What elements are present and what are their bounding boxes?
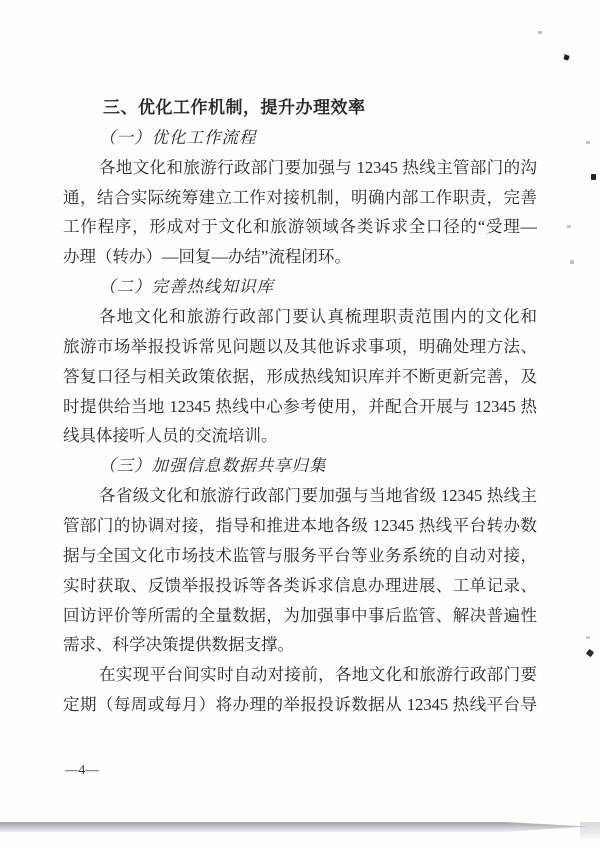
scan-speck [591,174,596,180]
body-text-line: 管部门的协调对接，指导和推进本地各级 12345 热线平台转办数 [63,511,537,541]
body-text-line: 办理（转办）—回复—办结”流程闭环。 [63,242,537,272]
page-number: —4— [65,758,99,782]
scan-speck [567,225,571,228]
scan-speck [586,636,590,639]
body-text-line: 旅游市场举报投诉常见问题以及其他诉求事项，明确处理方法、 [63,332,537,362]
scan-speck [538,31,542,34]
body-text-line: 实时获取、反馈举报投诉等各类诉求信息办理进展、工单记录、 [63,571,537,601]
subsection-heading: （二）完善热线知识库 [63,272,537,302]
body-text-line: 通，结合实际统筹建立工作对接机制，明确内部工作职责，完善 [63,183,537,213]
body-text-line: 需求、科学决策提供数据支撑。 [63,630,537,660]
scan-speck [586,141,590,144]
body-text-line: 线具体接听人员的交流培训。 [63,421,537,451]
body-text-line: 回访评价等所需的全量数据，为加强事中事后监管、解决普遍性 [63,601,537,631]
scan-speck [563,54,569,60]
body-text-line: 各地文化和旅游行政部门要认真梳理职责范围内的文化和 [63,302,537,332]
body-text-line: 定期（每周或每月）将办理的举报投诉数据从 12345 热线平台导 [63,690,537,720]
scan-edge-shadow [0,822,592,832]
document-body: 三、优化工作机制，提升办理效率（一）优化工作流程各地文化和旅游行政部门要加强与 … [63,93,537,720]
section-heading: 三、优化工作机制，提升办理效率 [63,93,537,123]
subsection-heading: （一）优化工作流程 [63,123,537,153]
scanned-document-page: 三、优化工作机制，提升办理效率（一）优化工作流程各地文化和旅游行政部门要加强与 … [0,0,600,848]
body-text-line: 据与全国文化市场技术监管与服务平台等业务系统的自动对接， [63,541,537,571]
scan-speck [570,260,574,264]
body-text-line: 各地文化和旅游行政部门要加强与 12345 热线主管部门的沟 [63,153,537,183]
body-text-line: 答复口径与相关政策依据，形成热线知识库并不断更新完善，及 [63,362,537,392]
body-text-line: 时提供给当地 12345 热线中心参考使用，并配合开展与 12345 热 [63,392,537,422]
subsection-heading: （三）加强信息数据共享归集 [63,451,537,481]
scan-corner-shade [580,822,600,840]
scan-speck [586,649,594,657]
body-text-line: 各省级文化和旅游行政部门要加强与当地省级 12345 热线主 [63,481,537,511]
body-text-line: 工作程序，形成对于文化和旅游领域各类诉求全口径的“受理— [63,212,537,242]
body-text-line: 在实现平台间实时自动对接前，各地文化和旅游行政部门要 [63,660,537,690]
